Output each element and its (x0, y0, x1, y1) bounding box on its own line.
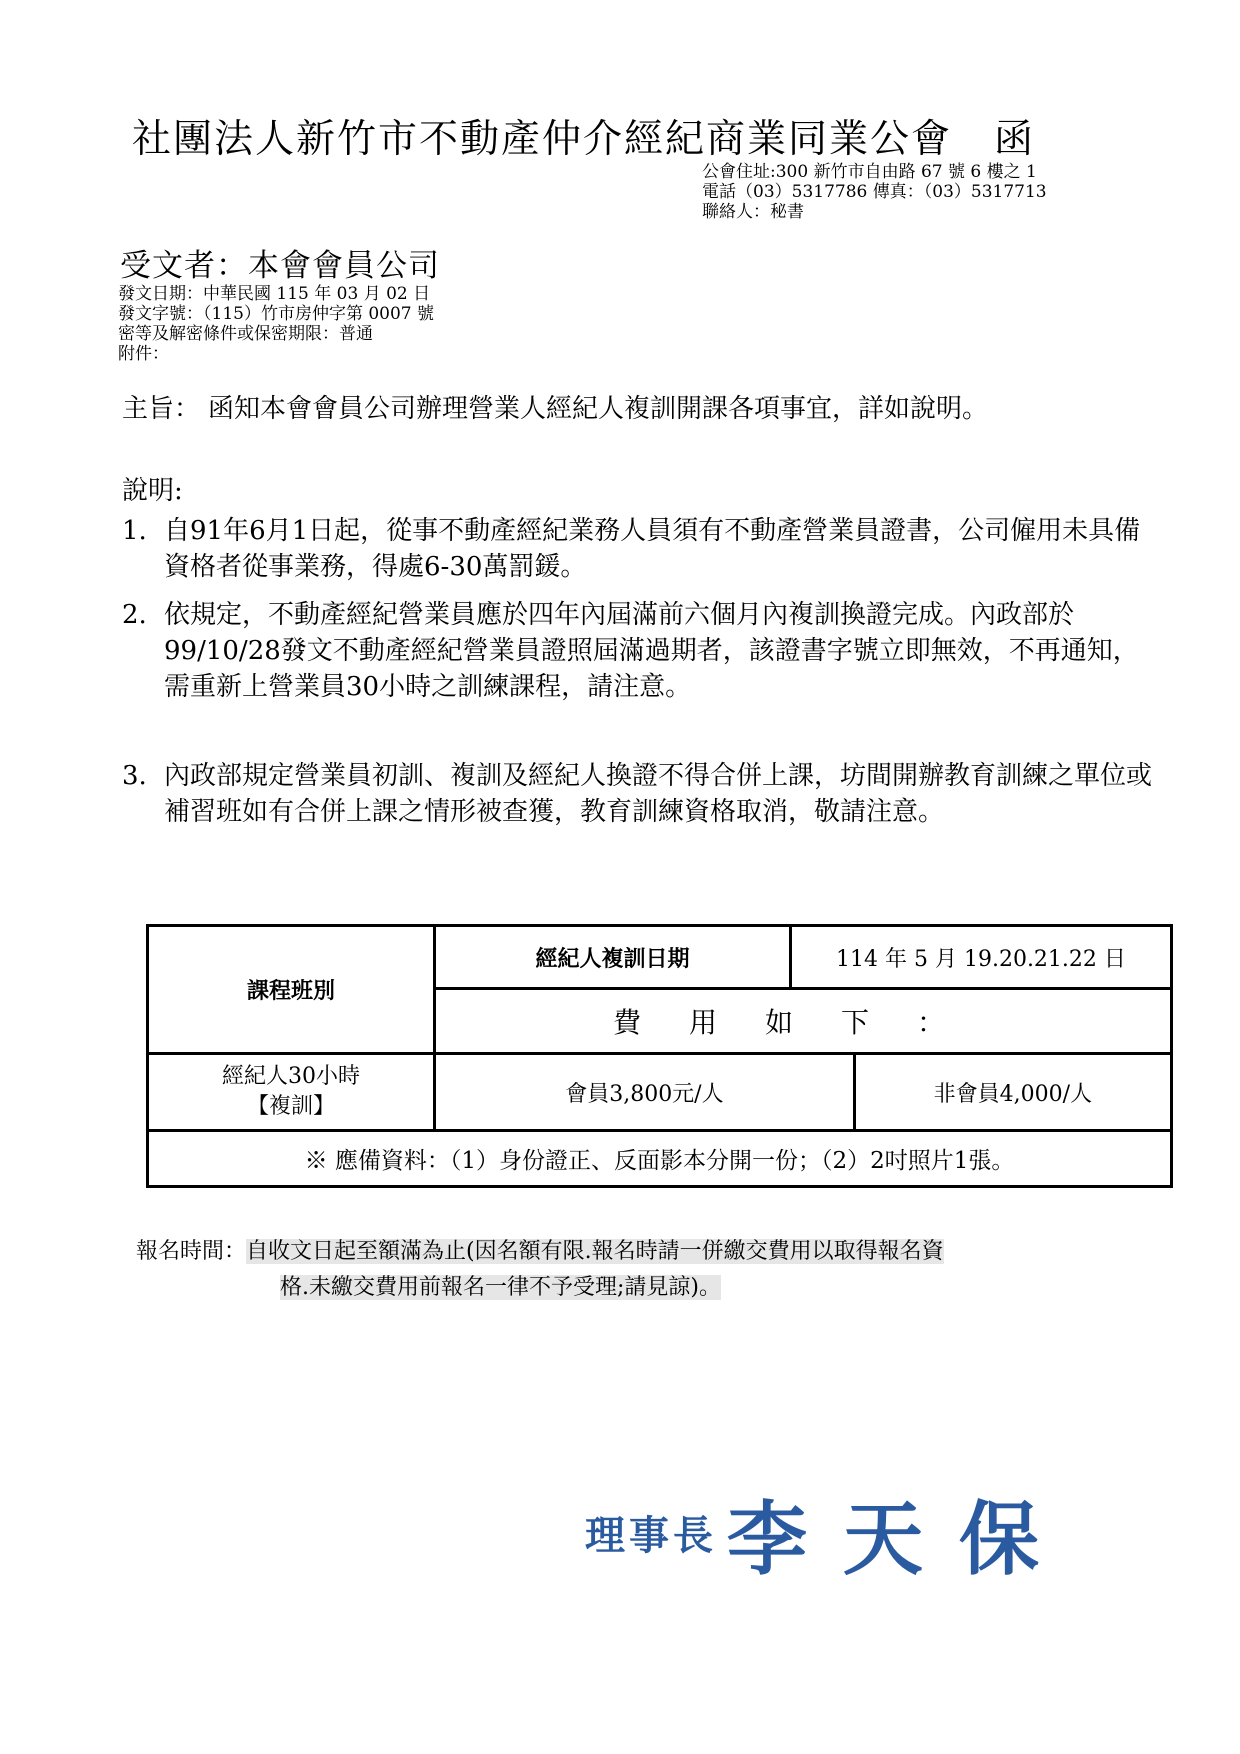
date-value: 114 年 5 月 19.20.21.22 日 (790, 926, 1171, 989)
explanation-item: 3. 內政部規定營業員初訓、複訓及經紀人換證不得合併上課，坊間開辦教育訓練之單位… (122, 758, 1162, 830)
registration-label: 報名時間： (136, 1239, 246, 1264)
document-type: 函 (994, 117, 1035, 162)
nonmember-fee: 非會員4,000/人 (854, 1054, 1171, 1131)
phone-fax: 電話（03）5317786 傳真：（03）5317713 (702, 182, 1047, 202)
issue-date: 發文日期：中華民國 115 年 03 月 02 日 (118, 284, 434, 304)
item-text: 自91年6月1日起，從事不動產經紀業務人員須有不動產營業員證書，公司僱用未具備資… (164, 513, 1162, 585)
subject-label: 主旨： (122, 388, 200, 430)
registration-note-line1: (因名額有限.報名時請一併繳交費用以取得報名資 (466, 1239, 944, 1264)
recipient: 受文者：本會會員公司 (120, 240, 440, 285)
classification: 密等及解密條件或保密期限：普通 (118, 324, 434, 344)
item-number: 2. (122, 597, 147, 633)
attachment: 附件： (118, 344, 434, 364)
item-text: 依規定，不動產經紀營業員應於四年內屆滿前六個月內複訓換證完成。內政部於99/10… (164, 597, 1162, 705)
item-number: 3. (122, 758, 147, 794)
reference-number: 發文字號：（115）竹市房仲字第 0007 號 (118, 304, 434, 324)
required-documents: ※ 應備資料：（1）身份證正、反面影本分開一份；（2）2吋照片1張。 (148, 1131, 1172, 1187)
organization-name: 社團法人新竹市不動產仲介經紀商業同業公會 (132, 117, 952, 162)
signature-name: 李天保 (727, 1492, 1075, 1586)
registration-note-line2: 格.未繳交費用前報名一律不予受理;請見諒)。 (280, 1275, 721, 1300)
class-name-line2: 【複訓】 (149, 1092, 433, 1122)
explanation-heading: 說明: (122, 470, 183, 507)
class-header: 課程班別 (148, 926, 435, 1054)
item-text: 內政部規定營業員初訓、複訓及經紀人換證不得合併上課，坊間開辦教育訓練之單位或補習… (164, 758, 1162, 830)
registration-period-text: 自收文日起至額滿為止 (246, 1239, 466, 1264)
explanation-item: 1. 自91年6月1日起，從事不動產經紀業務人員須有不動產營業員證書，公司僱用未… (122, 513, 1162, 585)
explanation-item: 2. 依規定，不動產經紀營業員應於四年內屆滿前六個月內複訓換證完成。內政部於99… (122, 597, 1162, 705)
class-name-line1: 經紀人30小時 (149, 1062, 433, 1092)
contact-person: 聯絡人：秘書 (702, 202, 1047, 222)
item-number: 1. (122, 513, 147, 549)
subject-text: 函知本會會員公司辦理營業人經紀人複訓開課各項事宜，詳如說明。 (208, 388, 1162, 430)
subject: 主旨： 函知本會會員公司辦理營業人經紀人複訓開課各項事宜，詳如說明。 (122, 388, 1162, 430)
date-label: 經紀人複訓日期 (435, 926, 791, 989)
course-table: 課程班別 經紀人複訓日期 114 年 5 月 19.20.21.22 日 費用如… (146, 924, 1173, 1188)
signature-role: 理事長 (585, 1512, 717, 1559)
chairman-signature-stamp: 理事長李天保 (585, 1475, 1075, 1590)
address: 公會住址:300 新竹市自由路 67 號 6 樓之 1 (702, 162, 1047, 182)
class-name: 經紀人30小時 【複訓】 (148, 1054, 435, 1131)
letterhead-title: 社團法人新竹市不動產仲介經紀商業同業公會函 (132, 108, 1035, 164)
contact-block: 公會住址:300 新竹市自由路 67 號 6 樓之 1 電話（03）531778… (702, 162, 1047, 222)
fee-title: 費用如下： (435, 989, 1172, 1054)
member-fee: 會員3,800元/人 (435, 1054, 855, 1131)
document-meta: 發文日期：中華民國 115 年 03 月 02 日 發文字號：（115）竹市房仲… (118, 284, 434, 364)
